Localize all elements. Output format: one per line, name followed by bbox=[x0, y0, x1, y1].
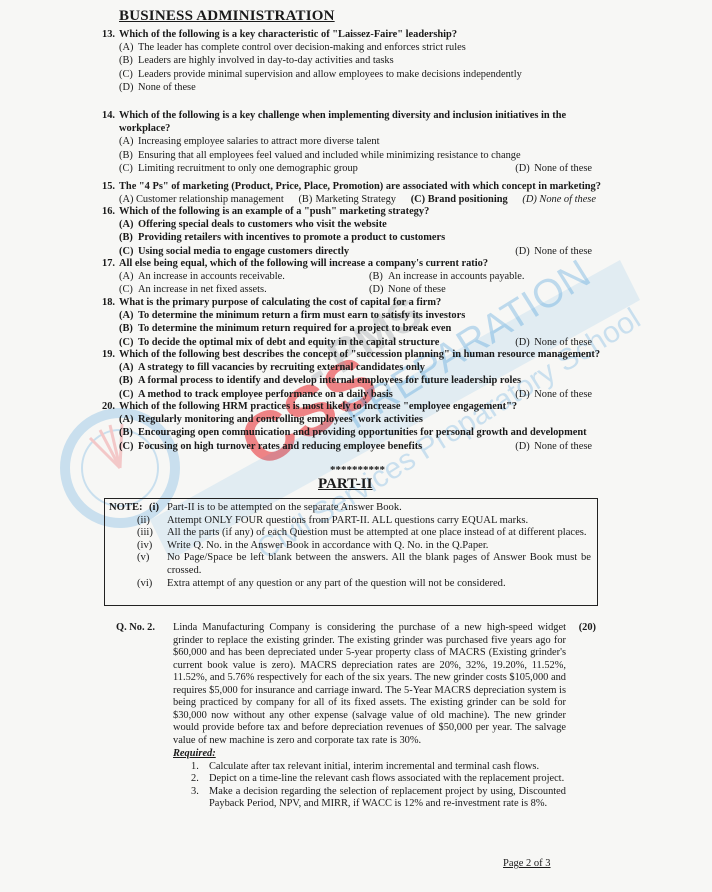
option-label: (D) bbox=[369, 283, 388, 296]
option: (D)None of these bbox=[498, 162, 592, 175]
option-text: Increasing employee salaries to attract … bbox=[138, 135, 602, 148]
option-text: To determine the minimum return required… bbox=[138, 322, 602, 335]
instructions-box: NOTE:(i)Part-II is to be attempted on th… bbox=[104, 498, 598, 606]
note-number: (i) bbox=[149, 502, 167, 515]
option: (C)To decide the optimal mix of debt and… bbox=[102, 336, 439, 349]
option-text: Leaders are highly involved in day-to-da… bbox=[138, 54, 602, 67]
question-stem: 17.All else being equal, which of the fo… bbox=[102, 257, 602, 270]
option: (D)None of these bbox=[102, 81, 602, 94]
option: (B)A formal process to identify and deve… bbox=[102, 374, 602, 387]
note-text: All the parts (if any) of each Question … bbox=[167, 527, 591, 540]
option-label: (A) bbox=[119, 361, 138, 374]
note-item: (iii)All the parts (if any) of each Ques… bbox=[109, 527, 591, 540]
option-label: (C) bbox=[119, 336, 138, 349]
note-label bbox=[109, 552, 137, 577]
note-number: (ii) bbox=[137, 515, 167, 528]
question-stem: 20.Which of the following HRM practices … bbox=[102, 400, 602, 413]
option: (D)None of these bbox=[498, 336, 592, 349]
option-text: An increase in accounts payable. bbox=[388, 270, 602, 283]
option-label: (A) bbox=[119, 41, 138, 54]
option: (D)None of these bbox=[498, 440, 592, 453]
note-label bbox=[109, 540, 137, 553]
option: (B)Encouraging open communication and pr… bbox=[102, 426, 602, 439]
option-label: (C) bbox=[119, 440, 138, 453]
note-text: No Page/Space be left blank between the … bbox=[167, 552, 591, 577]
question-text: Which of the following HRM practices is … bbox=[119, 400, 602, 413]
required-list: 1.Calculate after tax relevant initial, … bbox=[173, 761, 566, 811]
note-text: Part-II is to be attempted on the separa… bbox=[167, 502, 591, 515]
note-label bbox=[109, 578, 137, 591]
question-stem: 14.Which of the following is a key chall… bbox=[102, 109, 602, 135]
note-number: (iv) bbox=[137, 540, 167, 553]
option: (C)An increase in net fixed assets. bbox=[102, 283, 352, 296]
option: (A)A strategy to fill vacancies by recru… bbox=[102, 361, 602, 374]
option-label: (B) bbox=[119, 149, 138, 162]
option-label: (D) bbox=[515, 440, 534, 453]
option-row: (C)Limiting recruitment to only one demo… bbox=[102, 162, 602, 175]
question-number: 13. bbox=[102, 28, 119, 41]
question-number: 15. bbox=[102, 180, 119, 193]
option-text: None of these bbox=[388, 283, 602, 296]
mcq-question: 20.Which of the following HRM practices … bbox=[102, 400, 602, 453]
question-text: All else being equal, which of the follo… bbox=[119, 257, 602, 270]
option-label: (C) bbox=[119, 388, 138, 401]
option-label: (A) bbox=[119, 413, 138, 426]
required-number: 1. bbox=[191, 761, 209, 774]
option: (A)Regularly monitoring and controlling … bbox=[102, 413, 602, 426]
option-row: (C)A method to track employee performanc… bbox=[102, 388, 602, 401]
question-marks: (20) bbox=[579, 622, 596, 635]
required-heading: Required: bbox=[173, 748, 566, 761]
option: (B)Providing retailers with incentives t… bbox=[102, 231, 602, 244]
mcq-question: 14.Which of the following is a key chall… bbox=[102, 109, 602, 175]
exam-page: CSS - PMS PREPARATION Civil Services Pre… bbox=[0, 0, 712, 892]
option: (C)Using social media to engage customer… bbox=[102, 245, 349, 258]
option-text: A method to track employee performance o… bbox=[138, 388, 393, 401]
question-stem: 15.The "4 Ps" of marketing (Product, Pri… bbox=[102, 180, 602, 193]
option: (C)Leaders provide minimal supervision a… bbox=[102, 68, 602, 81]
question-number: 16. bbox=[102, 205, 119, 218]
option: (B)An increase in accounts payable. bbox=[352, 270, 602, 283]
required-text: Make a decision regarding the selection … bbox=[209, 786, 566, 811]
option: (C)A method to track employee performanc… bbox=[102, 388, 393, 401]
option-label: (A) bbox=[119, 218, 138, 231]
note-number: (vi) bbox=[137, 578, 167, 591]
option: (B)To determine the minimum return requi… bbox=[102, 322, 602, 335]
option: (C)Limiting recruitment to only one demo… bbox=[102, 162, 358, 175]
option: (A)Offering special deals to customers w… bbox=[102, 218, 602, 231]
option-text: Leaders provide minimal supervision and … bbox=[138, 68, 602, 81]
option-text: None of these bbox=[534, 388, 592, 401]
question-number: 20. bbox=[102, 400, 119, 413]
question-number: 18. bbox=[102, 296, 119, 309]
option: (B)Leaders are highly involved in day-to… bbox=[102, 54, 602, 67]
page-number: Page 2 of 3 bbox=[503, 858, 551, 869]
question-number: 17. bbox=[102, 257, 119, 270]
option-text: None of these bbox=[534, 336, 592, 349]
note-label bbox=[109, 527, 137, 540]
option: (B)Ensuring that all employees feel valu… bbox=[102, 149, 602, 162]
option-label: (C) bbox=[119, 245, 138, 258]
required-number: 2. bbox=[191, 773, 209, 786]
option-label: (B) bbox=[119, 322, 138, 335]
option-text: To determine the minimum return a firm m… bbox=[138, 309, 602, 322]
note-text: Extra attempt of any question or any par… bbox=[167, 578, 591, 591]
option-text: None of these bbox=[138, 81, 602, 94]
option-row: (C)Using social media to engage customer… bbox=[102, 245, 602, 258]
option: (D)None of these bbox=[352, 283, 602, 296]
option-text: Ensuring that all employees feel valued … bbox=[138, 149, 602, 162]
note-text: Attempt ONLY FOUR questions from PART-II… bbox=[167, 515, 591, 528]
question-stem: 19.Which of the following best describes… bbox=[102, 348, 602, 361]
option-label: (D) bbox=[515, 162, 534, 175]
option-label: (D) bbox=[515, 388, 534, 401]
option: (A)An increase in accounts receivable. bbox=[102, 270, 352, 283]
option-label: (B) bbox=[119, 374, 138, 387]
note-item: (iv)Write Q. No. in the Answer Book in a… bbox=[109, 540, 591, 553]
option-text: Offering special deals to customers who … bbox=[138, 218, 602, 231]
option: (D)None of these bbox=[498, 245, 592, 258]
required-item: 3.Make a decision regarding the selectio… bbox=[173, 786, 566, 811]
question-text: The "4 Ps" of marketing (Product, Price,… bbox=[119, 180, 602, 193]
question-number: 19. bbox=[102, 348, 119, 361]
option-label: (A) bbox=[119, 270, 138, 283]
option-label: (D) bbox=[515, 336, 534, 349]
option-label: (A) bbox=[119, 309, 138, 322]
question-text: Which of the following is a key characte… bbox=[119, 28, 602, 41]
option-row: (C)Focusing on high turnover rates and r… bbox=[102, 440, 602, 453]
mcq-question: 16.Which of the following is an example … bbox=[102, 205, 602, 258]
option-label: (B) bbox=[119, 426, 138, 439]
note-number: (iii) bbox=[137, 527, 167, 540]
option-text: Using social media to engage customers d… bbox=[138, 245, 349, 258]
option-label: (B) bbox=[119, 54, 138, 67]
option-text: None of these bbox=[534, 440, 592, 453]
option-row: (C)To decide the optimal mix of debt and… bbox=[102, 336, 602, 349]
option-text: An increase in accounts receivable. bbox=[138, 270, 352, 283]
question-stem: 18.What is the primary purpose of calcul… bbox=[102, 296, 602, 309]
option: (C)Focusing on high turnover rates and r… bbox=[102, 440, 422, 453]
option-label: (B) bbox=[119, 231, 138, 244]
note-item: (ii)Attempt ONLY FOUR questions from PAR… bbox=[109, 515, 591, 528]
question-2: Q. No. 2. (20) Linda Manufacturing Compa… bbox=[116, 622, 596, 811]
required-item: 1.Calculate after tax relevant initial, … bbox=[173, 761, 566, 774]
option-text: To decide the optimal mix of debt and eq… bbox=[138, 336, 439, 349]
note-item: (vi)Extra attempt of any question or any… bbox=[109, 578, 591, 591]
required-text: Depict on a time-line the relevant cash … bbox=[209, 773, 566, 786]
required-text: Calculate after tax relevant initial, in… bbox=[209, 761, 566, 774]
option-label: (A) bbox=[119, 135, 138, 148]
note-item: (v)No Page/Space be left blank between t… bbox=[109, 552, 591, 577]
note-item: NOTE:(i)Part-II is to be attempted on th… bbox=[109, 502, 591, 515]
note-text: Write Q. No. in the Answer Book in accor… bbox=[167, 540, 591, 553]
required-item: 2.Depict on a time-line the relevant cas… bbox=[173, 773, 566, 786]
option-label: (D) bbox=[515, 245, 534, 258]
option-label: (B) bbox=[369, 270, 388, 283]
question-body: Linda Manufacturing Company is consideri… bbox=[173, 622, 566, 747]
option-text: Encouraging open communication and provi… bbox=[138, 426, 602, 439]
option-text: An increase in net fixed assets. bbox=[138, 283, 352, 296]
question-text: Which of the following best describes th… bbox=[119, 348, 602, 361]
note-label: NOTE: bbox=[109, 502, 149, 515]
question-number: 14. bbox=[102, 109, 119, 135]
option: (D)None of these bbox=[498, 388, 592, 401]
separator: ********** bbox=[330, 464, 385, 476]
option-text: The leader has complete control over dec… bbox=[138, 41, 602, 54]
option: (A)Increasing employee salaries to attra… bbox=[102, 135, 602, 148]
required-number: 3. bbox=[191, 786, 209, 811]
option-label: (C) bbox=[119, 68, 138, 81]
mcq-question: 15.The "4 Ps" of marketing (Product, Pri… bbox=[102, 180, 602, 206]
option-text: Regularly monitoring and controlling emp… bbox=[138, 413, 602, 426]
note-label bbox=[109, 515, 137, 528]
question-text: Which of the following is an example of … bbox=[119, 205, 602, 218]
option-row: (A)An increase in accounts receivable.(B… bbox=[102, 270, 602, 283]
option-text: Focusing on high turnover rates and redu… bbox=[138, 440, 422, 453]
option-text: Limiting recruitment to only one demogra… bbox=[138, 162, 358, 175]
option: (A)To determine the minimum return a fir… bbox=[102, 309, 602, 322]
option-text: Providing retailers with incentives to p… bbox=[138, 231, 602, 244]
option-text: None of these bbox=[534, 245, 592, 258]
part2-heading: PART-II bbox=[318, 476, 373, 493]
option-text: None of these bbox=[534, 162, 592, 175]
mcq-question: 13.Which of the following is a key chara… bbox=[102, 28, 602, 94]
option-text: A strategy to fill vacancies by recruiti… bbox=[138, 361, 602, 374]
option-label: (C) bbox=[119, 162, 138, 175]
question-text: What is the primary purpose of calculati… bbox=[119, 296, 602, 309]
mcq-question: 18.What is the primary purpose of calcul… bbox=[102, 296, 602, 349]
option: (A)The leader has complete control over … bbox=[102, 41, 602, 54]
option-label: (C) bbox=[119, 283, 138, 296]
option-text: A formal process to identify and develop… bbox=[138, 374, 602, 387]
note-number: (v) bbox=[137, 552, 167, 577]
question-stem: 16.Which of the following is an example … bbox=[102, 205, 602, 218]
option-row: (C)An increase in net fixed assets.(D)No… bbox=[102, 283, 602, 296]
option-label: (D) bbox=[119, 81, 138, 94]
subject-heading: BUSINESS ADMINISTRATION bbox=[119, 8, 335, 25]
question-label: Q. No. 2. bbox=[116, 622, 155, 635]
question-text: Which of the following is a key challeng… bbox=[119, 109, 602, 135]
mcq-question: 17.All else being equal, which of the fo… bbox=[102, 257, 602, 297]
mcq-question: 19.Which of the following best describes… bbox=[102, 348, 602, 401]
question-stem: 13.Which of the following is a key chara… bbox=[102, 28, 602, 41]
